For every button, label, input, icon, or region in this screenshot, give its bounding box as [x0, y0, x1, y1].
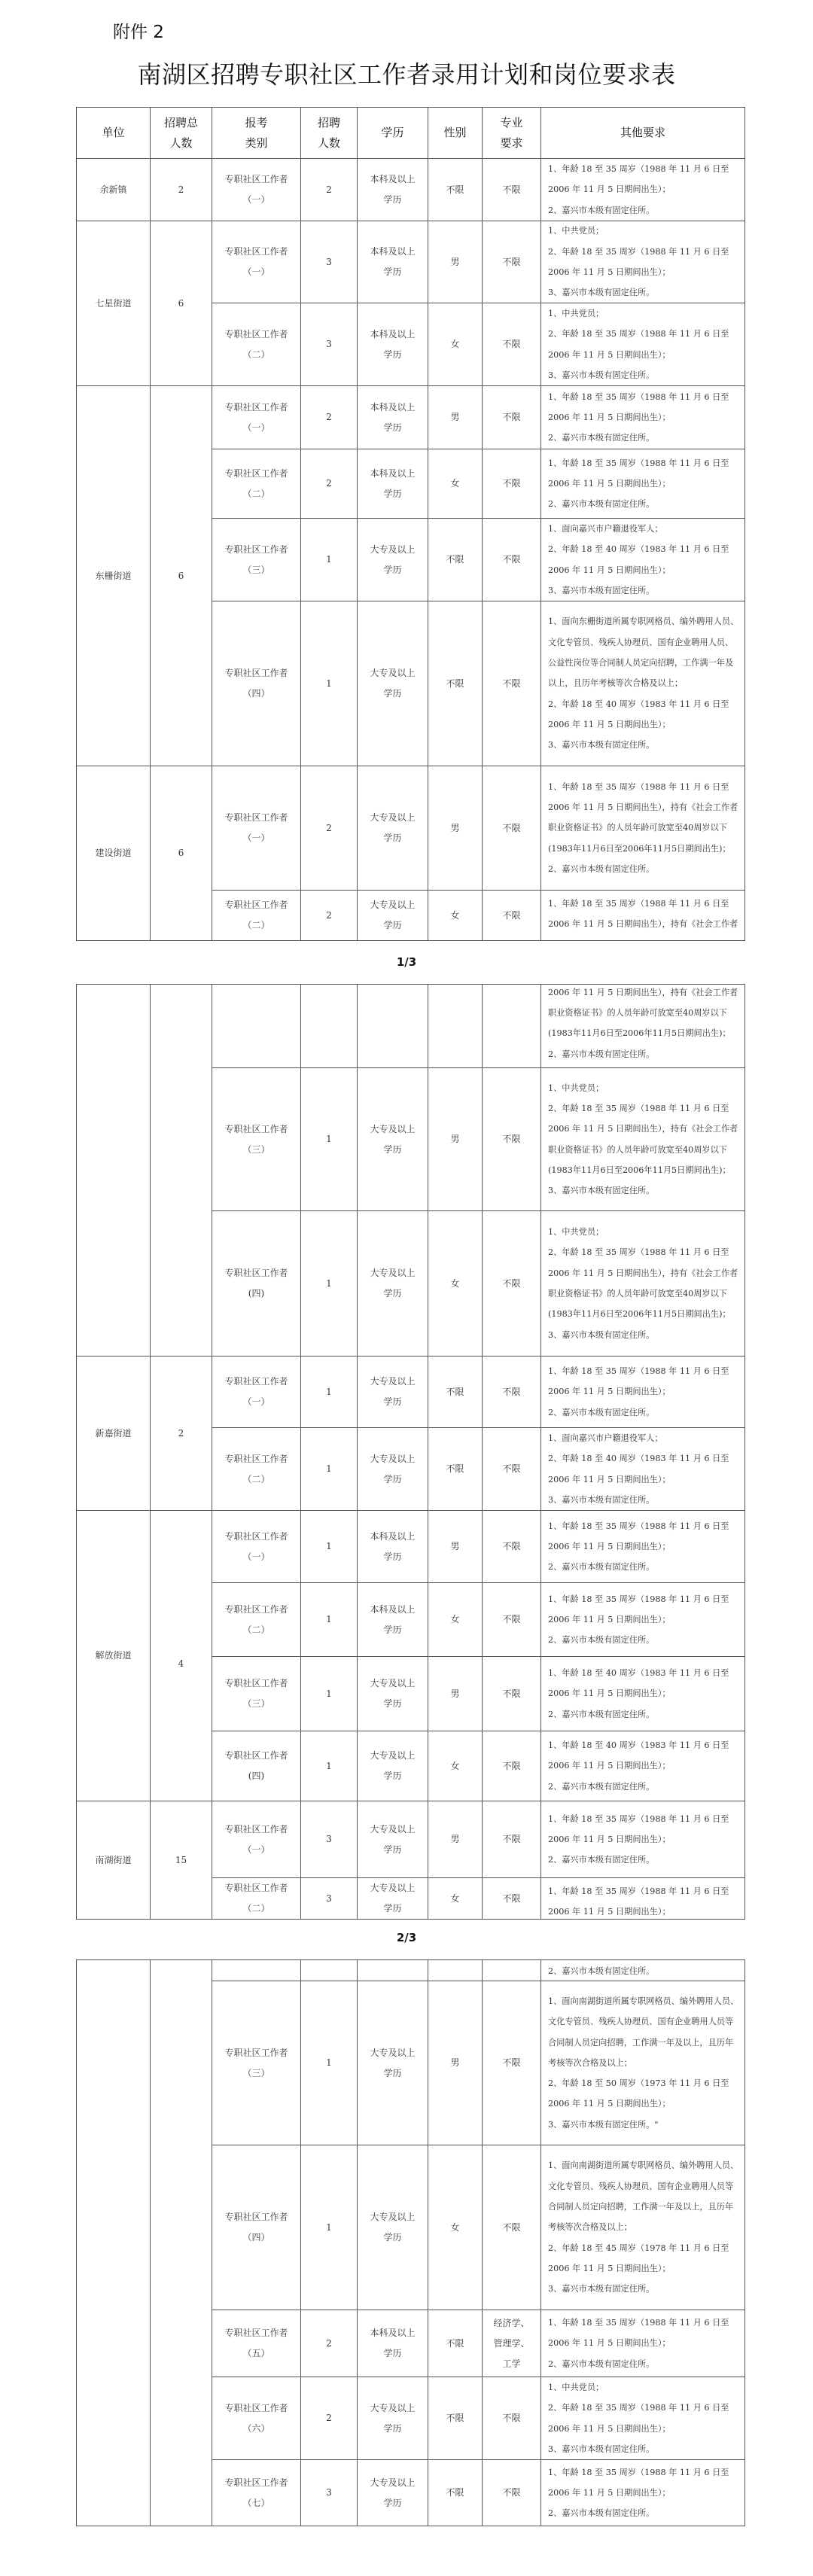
gender-cell-text: 女: [450, 1756, 459, 1777]
major-cell: 不限: [482, 1731, 541, 1801]
education-cell: [357, 1959, 428, 1981]
count-cell: 2: [300, 2310, 358, 2377]
requirements-cell: 1、面向南湖街道所属专职网格员、编外聘用人员、文化专管员、残疾人协理员、国有企业…: [540, 1981, 745, 2145]
education-cell: 本科及以上 学历: [357, 449, 428, 519]
requirements-cell: 1、面向东栅街道所属专职网格员、编外聘用人员、文化专管员、残疾人协理员、国有企业…: [540, 601, 745, 766]
gender-cell-text: 不限: [446, 2408, 464, 2428]
unit-cell-text: 南湖街道: [95, 1850, 131, 1871]
total-cell: 2: [150, 1356, 212, 1511]
major-cell-text: 不限: [502, 252, 520, 273]
column-header-text: 学历: [381, 123, 403, 143]
total-cell-text: 4: [178, 1654, 184, 1674]
major-cell: 不限: [482, 518, 541, 601]
gender-cell-text: 女: [450, 1274, 459, 1294]
education-cell-text: 大专及以上 学历: [370, 1819, 415, 1860]
major-cell-text: 不限: [502, 1274, 520, 1294]
count-cell-text: 2: [326, 473, 332, 494]
gender-cell-text: 不限: [446, 180, 464, 200]
requirements-cell-text: 1、年龄 18 至 35 周岁（1988 年 11 月 6 日至 2006 年 …: [548, 1516, 740, 1578]
requirements-cell-text: 1、年龄 18 至 35 周岁（1988 年 11 月 6 日至 2006 年 …: [548, 1589, 740, 1651]
category-cell: 专职社区工作者 （七）: [212, 2459, 301, 2526]
education-cell: 大专及以上 学历: [357, 890, 428, 941]
category-cell: 专职社区工作者 （一）: [212, 158, 301, 221]
education-cell: 大专及以上 学历: [357, 2145, 428, 2310]
column-header-text: 性别: [443, 123, 466, 143]
major-cell-text: 不限: [502, 1459, 520, 1479]
unit-cell-text: 余新镇: [99, 180, 126, 200]
major-cell: 不限: [482, 2377, 541, 2460]
count-cell: 2: [300, 890, 358, 941]
unit-cell: 建设街道: [76, 766, 151, 941]
education-cell: 大专及以上 学历: [357, 518, 428, 601]
gender-cell-text: 女: [450, 334, 459, 355]
category-cell-text: 专职社区工作者 （七）: [224, 2473, 288, 2514]
document-title: 南湖区招聘专职社区工作者录用计划和岗位要求表: [0, 56, 813, 90]
requirements-cell-text: 1、面向南湖街道所属专职网格员、编外聘用人员、文化专管员、残疾人协理员、国有企业…: [548, 1991, 740, 2135]
requirements-cell: 1、年龄 18 至 35 周岁（1988 年 11 月 6 日至 2006 年 …: [540, 1582, 745, 1657]
page-number: 1/3: [0, 955, 813, 969]
requirements-cell: 1、面向南湖街道所属专职网格员、编外聘用人员、文化专管员、残疾人协理员、国有企业…: [540, 2145, 745, 2310]
unit-cell-text: 七星街道: [95, 294, 131, 314]
category-cell-text: 专职社区工作者 （三）: [224, 2043, 288, 2084]
total-cell: 6: [150, 385, 212, 766]
category-cell: 专职社区工作者 (四): [212, 1210, 301, 1357]
major-cell: 不限: [482, 449, 541, 519]
requirements-cell-text: 1、年龄 18 至 35 周岁（1988 年 11 月 6 日至 2006 年 …: [548, 1881, 740, 1920]
education-cell-text: 本科及以上 学历: [370, 397, 415, 438]
gender-cell-text: 男: [450, 1684, 459, 1704]
education-cell: 大专及以上 学历: [357, 2459, 428, 2526]
major-cell: [482, 984, 541, 1068]
count-cell-text: 1: [326, 1459, 332, 1479]
major-cell-text: 不限: [502, 1609, 520, 1630]
gender-cell: 男: [428, 1981, 483, 2145]
count-cell-text: 3: [326, 1889, 332, 1909]
requirements-cell: 1、中共党员； 2、年龄 18 至 35 周岁（1988 年 11 月 6 日至…: [540, 221, 745, 303]
category-cell-text: 专职社区工作者 （一）: [224, 1819, 288, 1860]
education-cell: 本科及以上 学历: [357, 385, 428, 449]
requirements-cell: 1、面向嘉兴市户籍退役军人； 2、年龄 18 至 40 周岁（1983 年 11…: [540, 1427, 745, 1511]
attachment-label: 附件 2: [113, 18, 164, 43]
gender-cell: 不限: [428, 601, 483, 766]
education-cell-text: 本科及以上 学历: [370, 1600, 415, 1640]
education-cell-text: 大专及以上 学历: [370, 2473, 415, 2514]
requirements-cell: 1、年龄 18 至 35 周岁（1988 年 11 月 6 日至 2006 年 …: [540, 1510, 745, 1583]
gender-cell-text: 不限: [446, 2483, 464, 2503]
category-cell-text: 专职社区工作者 （六）: [224, 2398, 288, 2439]
column-header: 单位: [76, 107, 151, 159]
education-cell: 本科及以上 学历: [357, 1582, 428, 1657]
count-cell-text: 1: [326, 1382, 332, 1402]
unit-cell: 新嘉街道: [76, 1356, 151, 1511]
count-cell: 1: [300, 1731, 358, 1801]
category-cell: 专职社区工作者 （一）: [212, 1356, 301, 1428]
count-cell: 1: [300, 1427, 358, 1511]
gender-cell-text: 不限: [446, 1459, 464, 1479]
requirements-cell-text: 1、年龄 18 至 35 周岁（1988 年 11 月 6 日至 2006 年 …: [548, 984, 740, 1064]
category-cell-text: 专职社区工作者 （一）: [224, 808, 288, 848]
education-cell: 大专及以上 学历: [357, 601, 428, 766]
count-cell: 1: [300, 1067, 358, 1211]
education-cell: 大专及以上 学历: [357, 1656, 428, 1731]
category-cell-text: 专职社区工作者 （二）: [224, 1878, 288, 1919]
count-cell-text: 1: [326, 1274, 332, 1294]
major-cell-text: 不限: [502, 180, 520, 200]
major-cell: 不限: [482, 1427, 541, 1511]
category-cell-text: 专职社区工作者 （二）: [224, 1449, 288, 1490]
major-cell-text: 不限: [502, 473, 520, 494]
gender-cell-text: 男: [450, 1129, 459, 1149]
major-cell-text: 不限: [502, 1889, 520, 1909]
gender-cell-text: 女: [450, 1609, 459, 1630]
education-cell: 本科及以上 学历: [357, 221, 428, 303]
category-cell-text: 专职社区工作者 （三）: [224, 1119, 288, 1160]
requirements-cell: 1、年龄 18 至 35 周岁（1988 年 11 月 6 日至 2006 年 …: [540, 385, 745, 449]
requirements-cell-text: 1、面向嘉兴市户籍退役军人； 2、年龄 18 至 40 周岁（1983 年 11…: [548, 1428, 740, 1510]
education-cell: 大专及以上 学历: [357, 1731, 428, 1801]
count-cell: 1: [300, 2145, 358, 2310]
education-cell-text: 大专及以上 学历: [370, 1372, 415, 1412]
gender-cell: 男: [428, 1656, 483, 1731]
count-cell-text: 2: [326, 407, 332, 428]
count-cell: 1: [300, 1210, 358, 1357]
count-cell: 1: [300, 1656, 358, 1731]
total-cell: [150, 1959, 212, 2526]
category-cell: 专职社区工作者 （二）: [212, 890, 301, 941]
total-cell-text: 2: [178, 180, 184, 200]
requirements-cell: 1、年龄 18 至 40 周岁（1983 年 11 月 6 日至 2006 年 …: [540, 1656, 745, 1731]
count-cell-text: 3: [326, 1829, 332, 1850]
education-cell: 大专及以上 学历: [357, 1877, 428, 1920]
requirements-cell-text: 1、年龄 18 至 35 周岁（1988 年 11 月 6 日至 2006 年 …: [548, 453, 740, 515]
gender-cell: 不限: [428, 158, 483, 221]
count-cell-text: 2: [326, 180, 332, 200]
requirements-cell-text: 1、年龄 18 至 35 周岁（1988 年 11 月 6 日至 2006 年 …: [548, 1809, 740, 1871]
category-cell: 专职社区工作者 （一）: [212, 766, 301, 891]
requirements-cell-text: 1、年龄 18 至 35 周岁（1988 年 11 月 6 日至 2006 年 …: [548, 1361, 740, 1423]
education-cell-text: 大专及以上 学历: [370, 1746, 415, 1786]
count-cell-text: 1: [326, 550, 332, 570]
gender-cell-text: 女: [450, 2218, 459, 2238]
category-cell: 专职社区工作者 （二）: [212, 1582, 301, 1657]
major-cell: 不限: [482, 1067, 541, 1211]
category-cell-text: 专职社区工作者 (四): [224, 1263, 288, 1304]
column-header-text: 单位: [102, 123, 124, 143]
major-cell: 不限: [482, 1981, 541, 2145]
column-header: 专业 要求: [482, 107, 541, 159]
count-cell-text: 1: [326, 1684, 332, 1704]
count-cell-text: 1: [326, 674, 332, 694]
category-cell-text: 专职社区工作者 （三）: [224, 1673, 288, 1714]
category-cell-text: 专职社区工作者 （五）: [224, 2323, 288, 2364]
requirements-cell: 1、中共党员； 2、年龄 18 至 35 周岁（1988 年 11 月 6 日至…: [540, 1210, 745, 1357]
requirements-cell-text: 1、中共党员； 2、年龄 18 至 35 周岁（1988 年 11 月 6 日至…: [548, 221, 740, 303]
gender-cell: 男: [428, 1510, 483, 1583]
education-cell: 大专及以上 学历: [357, 1981, 428, 2145]
requirements-cell-text: 1、中共党员； 2、年龄 18 至 35 周岁（1988 年 11 月 6 日至…: [548, 1222, 740, 1345]
count-cell-text: 2: [326, 2334, 332, 2354]
category-cell-text: 专职社区工作者 （一）: [224, 397, 288, 438]
unit-cell: 解放街道: [76, 1510, 151, 1801]
requirements-cell: 1、中共党员； 2、年龄 18 至 35 周岁（1988 年 11 月 6 日至…: [540, 2377, 745, 2460]
count-cell: 2: [300, 2377, 358, 2460]
requirements-cell-text: 1、年龄 18 至 40 周岁（1983 年 11 月 6 日至 2006 年 …: [548, 1735, 740, 1797]
total-cell: 6: [150, 766, 212, 941]
gender-cell: 男: [428, 385, 483, 449]
column-header: 其他要求: [540, 107, 745, 159]
major-cell-text: 不限: [502, 906, 520, 926]
total-cell-text: 2: [178, 1423, 184, 1444]
gender-cell: [428, 984, 483, 1068]
category-cell: 专职社区工作者 （一）: [212, 1510, 301, 1583]
gender-cell: 女: [428, 1731, 483, 1801]
major-cell: 不限: [482, 221, 541, 303]
requirements-cell-text: 1、年龄 18 至 35 周岁（1988 年 11 月 6 日至 2006 年 …: [548, 2313, 740, 2374]
count-cell: 1: [300, 1356, 358, 1428]
requirements-cell: 1、年龄 18 至 35 周岁（1988 年 11 月 6 日至 2006 年 …: [540, 984, 745, 1068]
unit-cell: 七星街道: [76, 221, 151, 386]
gender-cell-text: 不限: [446, 2334, 464, 2354]
count-cell: 3: [300, 1877, 358, 1920]
education-cell-text: 大专及以上 学历: [370, 663, 415, 704]
education-cell: 本科及以上 学历: [357, 303, 428, 386]
major-cell-text: 不限: [502, 1684, 520, 1704]
gender-cell-text: 女: [450, 906, 459, 926]
education-cell-text: 大专及以上 学历: [370, 2207, 415, 2248]
count-cell: 3: [300, 303, 358, 386]
requirements-cell: 1、年龄 18 至 35 周岁（1988 年 11 月 6 日至 2006 年 …: [540, 890, 745, 941]
category-cell: 专职社区工作者 （六）: [212, 2377, 301, 2460]
unit-cell-text: 建设街道: [95, 843, 131, 863]
education-cell-text: 大专及以上 学历: [370, 540, 415, 580]
major-cell: 不限: [482, 1582, 541, 1657]
page-number: 2/3: [0, 1931, 813, 1944]
column-header: 招聘 人数: [300, 107, 358, 159]
category-cell: 专职社区工作者 （一）: [212, 385, 301, 449]
gender-cell: 女: [428, 1210, 483, 1357]
requirements-cell-text: 1、年龄 18 至 35 周岁（1988 年 11 月 6 日至 2006 年 …: [548, 894, 740, 941]
gender-cell: 不限: [428, 2310, 483, 2377]
major-cell: 不限: [482, 2459, 541, 2526]
education-cell-text: 本科及以上 学历: [370, 2323, 415, 2364]
requirements-cell: 1、年龄 18 至 35 周岁（1988 年 11 月 6 日至 2006 年 …: [540, 1959, 745, 1981]
gender-cell-text: 男: [450, 818, 459, 839]
education-cell-text: 本科及以上 学历: [370, 169, 415, 210]
major-cell: 不限: [482, 1210, 541, 1357]
category-cell-text: 专职社区工作者 （一）: [224, 1527, 288, 1567]
total-cell: 6: [150, 221, 212, 386]
gender-cell-text: 男: [450, 1829, 459, 1850]
requirements-cell-text: 1、年龄 18 至 40 周岁（1983 年 11 月 6 日至 2006 年 …: [548, 1663, 740, 1725]
education-cell-text: 大专及以上 学历: [370, 2043, 415, 2084]
count-cell-text: 1: [326, 1609, 332, 1630]
count-cell: 2: [300, 449, 358, 519]
category-cell-text: 专职社区工作者 （三）: [224, 540, 288, 580]
count-cell: 1: [300, 1510, 358, 1583]
count-cell-text: 1: [326, 1756, 332, 1777]
category-cell-text: 专职社区工作者 （二）: [224, 324, 288, 365]
count-cell-text: 2: [326, 2408, 332, 2428]
column-header-text: 专业 要求: [500, 113, 522, 154]
count-cell: 1: [300, 1981, 358, 2145]
requirements-cell: 1、年龄 18 至 35 周岁（1988 年 11 月 6 日至 2006 年 …: [540, 1877, 745, 1920]
category-cell: 专职社区工作者 （三）: [212, 518, 301, 601]
education-cell-text: 本科及以上 学历: [370, 464, 415, 504]
major-cell: 不限: [482, 1801, 541, 1878]
major-cell: 不限: [482, 303, 541, 386]
count-cell-text: 1: [326, 1536, 332, 1557]
requirements-cell: 1、年龄 18 至 35 周岁（1988 年 11 月 6 日至 2006 年 …: [540, 1801, 745, 1878]
unit-cell-text: 新嘉街道: [95, 1423, 131, 1444]
unit-cell: 东栅街道: [76, 385, 151, 766]
gender-cell: 女: [428, 2145, 483, 2310]
major-cell-text: 不限: [502, 334, 520, 355]
total-cell-text: 15: [175, 1850, 187, 1871]
category-cell-text: 专职社区工作者 （一）: [224, 1372, 288, 1412]
count-cell: 2: [300, 766, 358, 891]
gender-cell: 不限: [428, 518, 483, 601]
major-cell: 经济学、 管理学、 工学: [482, 2310, 541, 2377]
gender-cell-text: 男: [450, 252, 459, 273]
count-cell-text: 1: [326, 2053, 332, 2073]
requirements-cell-text: 1、面向东栅街道所属专职网格员、编外聘用人员、文化专管员、残疾人协理员、国有企业…: [548, 611, 740, 755]
category-cell-text: 专职社区工作者 （四）: [224, 663, 288, 704]
major-cell-text: 不限: [502, 2408, 520, 2428]
major-cell: 不限: [482, 1656, 541, 1731]
column-header: 报考 类别: [212, 107, 301, 159]
gender-cell-text: 女: [450, 1889, 459, 1909]
category-cell: 专职社区工作者 （四）: [212, 601, 301, 766]
gender-cell: 男: [428, 766, 483, 891]
education-cell: 大专及以上 学历: [357, 2377, 428, 2460]
requirements-cell-text: 1、年龄 18 至 35 周岁（1988 年 11 月 6 日至 2006 年 …: [548, 387, 740, 449]
major-cell-text: 不限: [502, 1382, 520, 1402]
category-cell: 专职社区工作者 (四): [212, 1731, 301, 1801]
gender-cell: 男: [428, 1801, 483, 1878]
requirements-cell-text: 1、面向南湖街道所属专职网格员、编外聘用人员、文化专管员、残疾人协理员、国有企业…: [548, 2155, 740, 2299]
gender-cell-text: 男: [450, 407, 459, 428]
major-cell-text: 不限: [502, 2218, 520, 2238]
category-cell: 专职社区工作者 （二）: [212, 1427, 301, 1511]
education-cell-text: 大专及以上 学历: [370, 1263, 415, 1304]
major-cell-text: 经济学、 管理学、 工学: [493, 2313, 529, 2374]
count-cell-text: 3: [326, 2483, 332, 2503]
gender-cell: 不限: [428, 1356, 483, 1428]
category-cell-text: 专职社区工作者 （二）: [224, 895, 288, 936]
count-cell-text: 2: [326, 818, 332, 839]
category-cell: [212, 984, 301, 1068]
category-cell-text: 专职社区工作者 (四): [224, 1746, 288, 1786]
count-cell: 3: [300, 1801, 358, 1878]
major-cell-text: 不限: [502, 1129, 520, 1149]
education-cell-text: 大专及以上 学历: [370, 1878, 415, 1919]
category-cell: 专职社区工作者 （一）: [212, 221, 301, 303]
major-cell: 不限: [482, 385, 541, 449]
column-header-text: 报考 类别: [245, 113, 267, 154]
column-header-text: 招聘 人数: [318, 113, 340, 154]
education-cell-text: 大专及以上 学历: [370, 2398, 415, 2439]
education-cell-text: 大专及以上 学历: [370, 808, 415, 848]
category-cell: 专职社区工作者 （四）: [212, 2145, 301, 2310]
education-cell: 本科及以上 学历: [357, 1510, 428, 1583]
requirements-cell-text: 1、中共党员； 2、年龄 18 至 35 周岁（1988 年 11 月 6 日至…: [548, 2377, 740, 2459]
major-cell: 不限: [482, 158, 541, 221]
total-cell: 2: [150, 158, 212, 221]
count-cell: 1: [300, 601, 358, 766]
gender-cell: 女: [428, 303, 483, 386]
requirements-cell-text: 1、面向嘉兴市户籍退役军人； 2、年龄 18 至 40 周岁（1983 年 11…: [548, 519, 740, 601]
count-cell: 1: [300, 518, 358, 601]
unit-cell: 南湖街道: [76, 1801, 151, 1920]
category-cell: 专职社区工作者 （三）: [212, 1981, 301, 2145]
requirements-cell: 1、年龄 18 至 35 周岁（1988 年 11 月 6 日至 2006 年 …: [540, 766, 745, 891]
education-cell-text: 大专及以上 学历: [370, 1119, 415, 1160]
count-cell: 3: [300, 221, 358, 303]
major-cell-text: 不限: [502, 2053, 520, 2073]
category-cell-text: 专职社区工作者 （二）: [224, 1600, 288, 1640]
requirements-cell-text: 1、中共党员； 2、年龄 18 至 35 周岁（1988 年 11 月 6 日至…: [548, 303, 740, 385]
gender-cell: 不限: [428, 1427, 483, 1511]
count-cell: 2: [300, 385, 358, 449]
gender-cell-text: 男: [450, 1536, 459, 1557]
education-cell-text: 大专及以上 学历: [370, 1449, 415, 1490]
major-cell: 不限: [482, 1356, 541, 1428]
gender-cell: 不限: [428, 2377, 483, 2460]
column-header-text: 招聘总 人数: [164, 113, 198, 154]
requirements-cell-text: 1、年龄 18 至 35 周岁（1988 年 11 月 6 日至 2006 年 …: [548, 1959, 740, 1981]
gender-cell-text: 不限: [446, 674, 464, 694]
requirements-cell-text: 1、年龄 18 至 35 周岁（1988 年 11 月 6 日至 2006 年 …: [548, 777, 740, 879]
education-cell: 大专及以上 学历: [357, 1356, 428, 1428]
column-header: 招聘总 人数: [150, 107, 212, 159]
count-cell: [300, 984, 358, 1068]
education-cell: 大专及以上 学历: [357, 1801, 428, 1878]
gender-cell-text: 不限: [446, 1382, 464, 1402]
requirements-cell-text: 1、年龄 18 至 35 周岁（1988 年 11 月 6 日至 2006 年 …: [548, 159, 740, 221]
requirements-cell: 1、年龄 18 至 35 周岁（1988 年 11 月 6 日至 2006 年 …: [540, 1356, 745, 1428]
requirements-cell-text: 1、中共党员； 2、年龄 18 至 35 周岁（1988 年 11 月 6 日至…: [548, 1078, 740, 1201]
major-cell: [482, 1959, 541, 1981]
major-cell: 不限: [482, 2145, 541, 2310]
major-cell-text: 不限: [502, 550, 520, 570]
major-cell-text: 不限: [502, 674, 520, 694]
total-cell-text: 6: [178, 566, 184, 586]
requirements-cell: 1、中共党员； 2、年龄 18 至 35 周岁（1988 年 11 月 6 日至…: [540, 1067, 745, 1211]
major-cell-text: 不限: [502, 407, 520, 428]
education-cell: 本科及以上 学历: [357, 158, 428, 221]
category-cell: 专职社区工作者 （五）: [212, 2310, 301, 2377]
category-cell-text: 专职社区工作者 （一）: [224, 242, 288, 282]
gender-cell: 男: [428, 1067, 483, 1211]
major-cell: 不限: [482, 1510, 541, 1583]
education-cell: [357, 984, 428, 1068]
count-cell: [300, 1959, 358, 1981]
major-cell-text: 不限: [502, 1829, 520, 1850]
count-cell: 2: [300, 158, 358, 221]
gender-cell-text: 女: [450, 473, 459, 494]
education-cell-text: 大专及以上 学历: [370, 1673, 415, 1714]
requirements-cell: 1、年龄 18 至 35 周岁（1988 年 11 月 6 日至 2006 年 …: [540, 2459, 745, 2526]
major-cell: 不限: [482, 1877, 541, 1920]
category-cell-text: 专职社区工作者 （四）: [224, 2207, 288, 2248]
category-cell-text: 专职社区工作者 （二）: [224, 464, 288, 504]
education-cell: 大专及以上 学历: [357, 1427, 428, 1511]
unit-cell: [76, 984, 151, 1357]
unit-cell-text: 解放街道: [95, 1646, 131, 1666]
total-cell: [150, 984, 212, 1357]
gender-cell: 女: [428, 1877, 483, 1920]
major-cell: 不限: [482, 890, 541, 941]
